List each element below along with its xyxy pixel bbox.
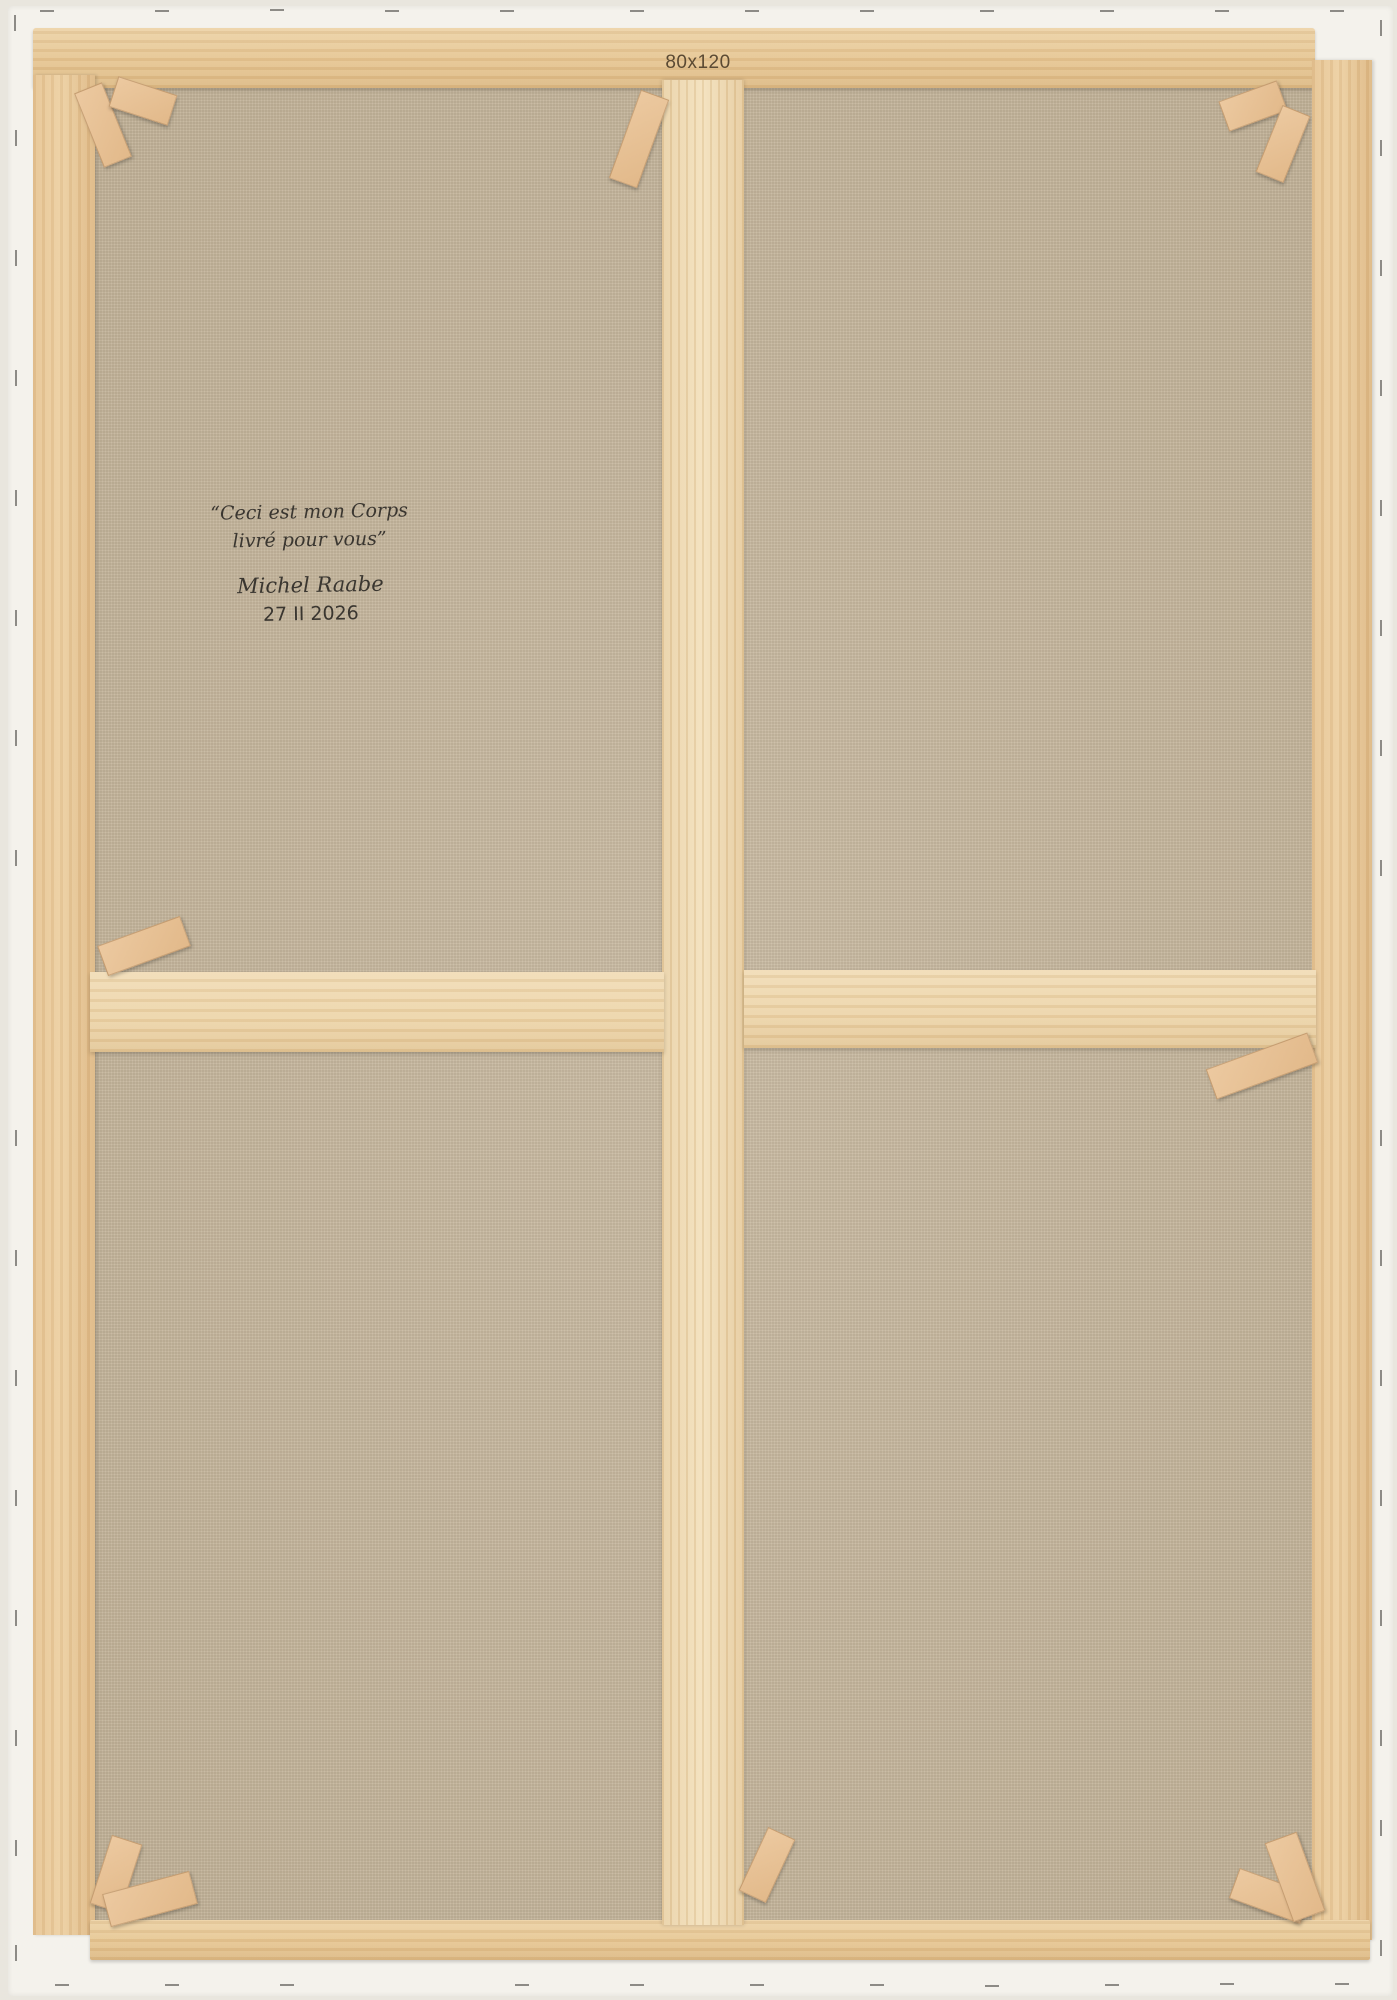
inscription-quote-line-1: “Ceci est mon Corps xyxy=(184,496,434,528)
staple xyxy=(55,1984,69,1986)
staple xyxy=(15,1130,17,1146)
center-vertical-brace xyxy=(662,80,744,1925)
stretcher-bottom-bar xyxy=(90,1920,1370,1960)
staple xyxy=(870,1984,884,1986)
staple xyxy=(1220,1983,1234,1985)
staple xyxy=(1380,740,1382,756)
stretcher-left-bar xyxy=(33,75,95,1935)
inscription-quote-line-2: livré pour vous” xyxy=(184,524,434,556)
staple xyxy=(1215,10,1229,12)
staple xyxy=(15,1610,17,1626)
cross-brace-left xyxy=(90,972,664,1052)
staple xyxy=(15,1370,17,1386)
staple xyxy=(1380,1730,1382,1746)
staple xyxy=(40,10,54,12)
staple xyxy=(1380,20,1382,36)
staple xyxy=(1105,1984,1119,1986)
staple xyxy=(1380,1490,1382,1506)
staple xyxy=(15,610,17,626)
staple xyxy=(385,10,399,12)
staple xyxy=(165,1984,179,1986)
cross-brace-right xyxy=(744,970,1316,1048)
staple xyxy=(980,10,994,12)
staple xyxy=(15,1490,17,1506)
inscription-date: 27 II 2026 xyxy=(186,598,436,630)
staple xyxy=(1380,620,1382,636)
staple xyxy=(1380,1610,1382,1626)
staple xyxy=(750,1984,764,1986)
staple xyxy=(1380,1820,1382,1836)
staple xyxy=(15,490,17,506)
staple xyxy=(1100,10,1114,12)
staple xyxy=(155,10,169,12)
staple xyxy=(500,10,514,12)
staple xyxy=(745,10,759,12)
staple xyxy=(15,1730,17,1746)
staple xyxy=(270,9,284,11)
staple xyxy=(985,1985,999,1987)
staple xyxy=(15,1250,17,1266)
staple xyxy=(15,850,17,866)
staple xyxy=(1380,140,1382,156)
staple xyxy=(15,1840,17,1856)
staple xyxy=(15,730,17,746)
staple xyxy=(15,1945,17,1961)
staple xyxy=(1380,500,1382,516)
staple xyxy=(15,370,17,386)
staple xyxy=(14,15,16,31)
staple xyxy=(15,130,17,146)
staple xyxy=(15,250,17,266)
staple xyxy=(1380,260,1382,276)
staple xyxy=(1380,1250,1382,1266)
staple xyxy=(1330,10,1344,12)
staple xyxy=(860,10,874,12)
staple xyxy=(515,1984,529,1986)
handwritten-inscription: “Ceci est mon Corps livré pour vous” Mic… xyxy=(184,496,436,630)
stretcher-right-bar xyxy=(1312,60,1372,1940)
staple xyxy=(1380,860,1382,876)
staple xyxy=(1335,1983,1349,1985)
staple xyxy=(280,1984,294,1986)
staple xyxy=(630,10,644,12)
stretcher-size-label: 80x120 xyxy=(652,52,744,74)
staple xyxy=(630,1984,644,1986)
staple xyxy=(1380,1370,1382,1386)
staple xyxy=(1380,1940,1382,1956)
staple xyxy=(1380,380,1382,396)
staple xyxy=(1380,1130,1382,1146)
artist-signature: Michel Raabe xyxy=(185,568,435,602)
